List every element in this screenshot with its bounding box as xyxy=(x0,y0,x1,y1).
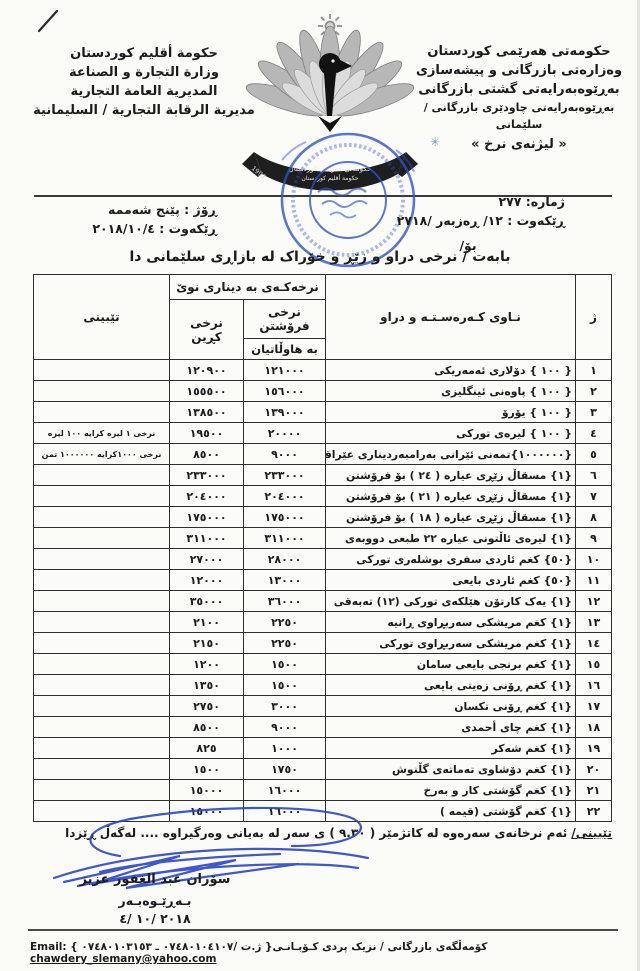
cell-buy: ٢١٥٠ xyxy=(170,633,244,654)
cell-buy: ١٥٠٠ xyxy=(170,759,244,780)
price-table-body: ١{ ١٠٠ } دۆلاری ئەمەریکی١٢١٠٠٠١٢٠٩٠٠٢{ ١… xyxy=(34,360,612,822)
meta-left: ڕۆژ : پێنج شەممە ڕێکەوت : ٢٠١٨/١٠/٤ xyxy=(55,200,217,238)
cell-no: ١٠ xyxy=(576,549,612,570)
number-line: ژمارە: ٢٧٧ xyxy=(380,192,565,211)
cell-no: ٧ xyxy=(576,486,612,507)
cell-sell: ١٣٠٠٠ xyxy=(244,570,326,591)
cell-name: {١} کغم مریشکی سەربڕاوی ڕانیە xyxy=(326,612,576,633)
table-row: ١٦{١} کغم ڕۆنی زەیتی بایعی١٥٠٠١٣٥٠ xyxy=(34,675,612,696)
cell-buy: ٢٧٥٠ xyxy=(170,696,244,717)
header-arabic: حكومة أقليم كوردستانوزارة التجارة و الصن… xyxy=(24,44,264,120)
cell-no: ١٤ xyxy=(576,633,612,654)
cell-sell: ١٢١٠٠٠ xyxy=(244,360,326,381)
cell-note xyxy=(34,738,170,759)
cell-no: ١٥ xyxy=(576,654,612,675)
cell-no: ٦ xyxy=(576,465,612,486)
cell-note xyxy=(34,486,170,507)
cell-sell: ١٦٠٠٠ xyxy=(244,780,326,801)
cell-sell: ٣١١٠٠٠ xyxy=(244,528,326,549)
cell-sell: ٢٠٤٠٠٠ xyxy=(244,486,326,507)
table-row: ٤{ ١٠٠ } لیرەی تورکی٢٠٠٠٠١٩٥٠٠نرخی ١ لیر… xyxy=(34,423,612,444)
cell-buy: ٢١٠٠ xyxy=(170,612,244,633)
signer-name: سۆران عبد الغفور عزیز xyxy=(50,872,260,887)
cell-note xyxy=(34,381,170,402)
cell-buy: ١٥٠٠٠ xyxy=(170,780,244,801)
cell-note xyxy=(34,654,170,675)
cell-buy: ١٣٨٥٠٠ xyxy=(170,402,244,423)
price-table-wrap: ژ نـاوی کـەرەسـتـە و دراو نرخەکـەی بە دی… xyxy=(33,274,612,822)
cell-buy: ١٢٠٠٠ xyxy=(170,570,244,591)
signer-date: ٢٠١٨ /١٠ /٤ xyxy=(50,911,260,926)
col-header-buy-price: نرخی کڕین xyxy=(170,300,244,360)
header-line: مديرية الرقابة التجارية / السليمانية xyxy=(24,101,264,120)
cell-sell: ١٥٠٠ xyxy=(244,654,326,675)
contact-line: کۆمەڵگەی بازرگانی / نزیک پردی کـۆبـانـی{… xyxy=(30,941,615,965)
cell-buy: ٢٠٤٠٠٠ xyxy=(170,486,244,507)
cell-sell: ٣٦٠٠٠ xyxy=(244,591,326,612)
footer-note-label: تێبینی/ xyxy=(571,826,612,840)
day-line: ڕۆژ : پێنج شەممە xyxy=(55,200,217,219)
cell-note xyxy=(34,549,170,570)
email-label: Email: xyxy=(30,941,67,953)
table-row: ١٢{١} یەک کارتۆن هێلکەی تورکی (١٢) تەبەق… xyxy=(34,591,612,612)
table-row: ٣{ ١٠٠ } یۆرۆ١٣٩٠٠٠١٣٨٥٠٠ xyxy=(34,402,612,423)
cell-note xyxy=(34,633,170,654)
cell-no: ١٩ xyxy=(576,738,612,759)
cell-sell: ٢٢٥٠ xyxy=(244,612,326,633)
cell-name: { ١٠٠ } لیرەی تورکی xyxy=(326,423,576,444)
cell-no: ٤ xyxy=(576,423,612,444)
cell-name: {١} مسقاڵ زێڕی عیارە ( ١٨ ) بۆ فرۆشتن xyxy=(326,507,576,528)
cell-no: ٢٠ xyxy=(576,759,612,780)
cell-name: {١} کغم ڕۆنی تکسان xyxy=(326,696,576,717)
footer-divider-line xyxy=(28,929,618,931)
cell-buy: ٨٥٠٠ xyxy=(170,717,244,738)
cell-sell: ١٥٠٠ xyxy=(244,675,326,696)
cell-name: {١} کغم برنجی بایعی سامان xyxy=(326,654,576,675)
cell-no: ٢ xyxy=(576,381,612,402)
cell-buy: ٢٧٠٠٠ xyxy=(170,549,244,570)
cell-name: { ١٠٠ } پاوەنی ئینگلیزی xyxy=(326,381,576,402)
cell-note xyxy=(34,507,170,528)
cell-note xyxy=(34,612,170,633)
cell-sell: ١٣٩٠٠٠ xyxy=(244,402,326,423)
col-header-sell-sub: بە هاوڵاتیان xyxy=(244,339,326,360)
cell-no: ٣ xyxy=(576,402,612,423)
cell-no: ١ xyxy=(576,360,612,381)
cell-name: {١} لیرەی ئاڵتونی عیارە ٢٢ طبعی دووبەی xyxy=(326,528,576,549)
cell-no: ٩ xyxy=(576,528,612,549)
table-row: ١{ ١٠٠ } دۆلاری ئەمەریکی١٢١٠٠٠١٢٠٩٠٠ xyxy=(34,360,612,381)
stamp-star-mark: ✳ xyxy=(430,135,440,149)
table-row: ٥{١٠٠٠٠٠٠}تمەنی ئێرانی بەرامبەردیناری عێ… xyxy=(34,444,612,465)
table-row: ٦{١} مسقاڵ زێڕی عیارە ( ٢٤ ) بۆ فرۆشتن٢٣… xyxy=(34,465,612,486)
cell-sell: ٩٠٠٠ xyxy=(244,717,326,738)
header-line: بەڕێوەبەرایەتی گشتی بازرگانی xyxy=(404,80,634,99)
cell-name: {١} کغم شەکر xyxy=(326,738,576,759)
signer-role: بـەڕێـوەبـەر xyxy=(50,893,260,908)
date-right-line: ڕێکەوت : ١٢/ ڕەزبەر /٢٧١٨ xyxy=(380,211,565,230)
cell-note: نرخی ١٠٠٠کرایە ١٠٠٠٠٠٠ تمن xyxy=(34,444,170,465)
cell-buy: ١٢٠٩٠٠ xyxy=(170,360,244,381)
cell-buy: ٣٥٠٠٠ xyxy=(170,591,244,612)
cell-note xyxy=(34,759,170,780)
email-address: chawdery_slemany@yahoo.com xyxy=(30,953,216,965)
cell-name: {٥٠} کغم ئاردی بایعی xyxy=(326,570,576,591)
table-row: ١٨{١} کغم چای أحمدی٩٠٠٠٨٥٠٠ xyxy=(34,717,612,738)
table-row: ٨{١} مسقاڵ زێڕی عیارە ( ١٨ ) بۆ فرۆشتن١٧… xyxy=(34,507,612,528)
cell-no: ٢١ xyxy=(576,780,612,801)
col-header-price-group: نرخەکـەی بە دیناری نوێ xyxy=(170,275,326,300)
header-line: حکومەتی هەرێمی کوردستان xyxy=(404,42,634,61)
table-row: ٢{ ١٠٠ } پاوەنی ئینگلیزی١٥٦٠٠٠١٥٥٥٠٠ xyxy=(34,381,612,402)
table-row: ٢١{١} کغم گۆشتی کار و بەرخ١٦٠٠٠١٥٠٠٠ xyxy=(34,780,612,801)
table-row: ١٥{١} کغم برنجی بایعی سامان١٥٠٠١٢٠٠ xyxy=(34,654,612,675)
col-header-row-number: ژ xyxy=(576,275,612,360)
cell-note xyxy=(34,402,170,423)
table-row: ١٠{٥٠} کغم ئاردی سفری بوشلەری تورکی٢٨٠٠٠… xyxy=(34,549,612,570)
cell-buy: ١٢٠٠ xyxy=(170,654,244,675)
cell-name: {١} مسقاڵ زێڕی عیارە ( ٢٤ ) بۆ فرۆشتن xyxy=(326,465,576,486)
cell-no: ١٦ xyxy=(576,675,612,696)
table-row: ١٤{١} کغم مریشکی سەربڕاوی تورکی٢٢٥٠٢١٥٠ xyxy=(34,633,612,654)
col-header-sell-price: نرخی فرۆشتن xyxy=(244,300,326,339)
cell-name: {١} کغم مریشکی سەربڕاوی تورکی xyxy=(326,633,576,654)
cell-sell: ١٥٦٠٠٠ xyxy=(244,381,326,402)
cell-note xyxy=(34,591,170,612)
contact-address-phones: کۆمەڵگەی بازرگانی / نزیک پردی کـۆبـانـی{… xyxy=(70,941,487,953)
cell-note xyxy=(34,696,170,717)
cell-name: {١} کغم چای أحمدی xyxy=(326,717,576,738)
cell-name: {١} کغم ڕۆنی زەیتی بایعی xyxy=(326,675,576,696)
document-sheet: حكومة أقليم كوردستانوزارة التجارة و الصن… xyxy=(0,0,640,971)
cell-buy: ١٩٥٠٠ xyxy=(170,423,244,444)
cell-note xyxy=(34,528,170,549)
cell-buy: ١٧٥٠٠٠ xyxy=(170,507,244,528)
price-table: ژ نـاوی کـەرەسـتـە و دراو نرخەکـەی بە دی… xyxy=(33,274,612,822)
cell-sell: ٣٠٠٠ xyxy=(244,696,326,717)
meta-right: ژمارە: ٢٧٧ ڕێکەوت : ١٢/ ڕەزبەر /٢٧١٨ xyxy=(380,192,565,230)
cell-name: {١} کغم دۆشاوی تەماتەی گڵنوش xyxy=(326,759,576,780)
header-line: المديرية العامة التجارية xyxy=(24,82,264,101)
cell-sell: ٢٣٣٠٠٠ xyxy=(244,465,326,486)
cell-buy: ٨٢٥ xyxy=(170,738,244,759)
header-line: وەزارەتی بازرگانی و پیشەسازی xyxy=(404,61,634,80)
cell-name: {٥٠} کغم ئاردی سفری بوشلەری تورکی xyxy=(326,549,576,570)
cell-no: ٥ xyxy=(576,444,612,465)
cell-note xyxy=(34,465,170,486)
table-row: ١٩{١} کغم شەکر١٠٠٠٨٢٥ xyxy=(34,738,612,759)
cell-name: {١٠٠٠٠٠٠}تمەنی ئێرانی بەرامبەردیناری عێر… xyxy=(326,444,576,465)
col-header-item-name: نـاوی کـەرەسـتـە و دراو xyxy=(326,275,576,360)
cell-sell: ١٧٥٠ xyxy=(244,759,326,780)
table-row: ٩{١} لیرەی ئاڵتونی عیارە ٢٢ طبعی دووبەی٣… xyxy=(34,528,612,549)
cell-name: { ١٠٠ } یۆرۆ xyxy=(326,402,576,423)
cell-name: {١} مسقاڵ زێڕی عیارە ( ٢١ ) بۆ فرۆشتن xyxy=(326,486,576,507)
header-line: حكومة أقليم كوردستان xyxy=(24,44,264,63)
cell-sell: ٢٨٠٠٠ xyxy=(244,549,326,570)
cell-no: ٨ xyxy=(576,507,612,528)
cell-no: ١٨ xyxy=(576,717,612,738)
cell-buy: ١٥٥٥٠٠ xyxy=(170,381,244,402)
cell-buy: ١٣٥٠ xyxy=(170,675,244,696)
cell-note xyxy=(34,780,170,801)
cell-sell: ٢٢٥٠ xyxy=(244,633,326,654)
table-row: ١٣{١} کغم مریشکی سەربڕاوی ڕانیە٢٢٥٠٢١٠٠ xyxy=(34,612,612,633)
cell-note xyxy=(34,360,170,381)
cell-sell: ١٠٠٠ xyxy=(244,738,326,759)
page-title: بابەت / نرخی دراو و زێڕ و خۆراک لە بازاڕ… xyxy=(0,249,640,265)
header-line: وزارة التجارة و الصناعة xyxy=(24,63,264,82)
table-row: ٢٠{١} کغم دۆشاوی تەماتەی گڵنوش١٧٥٠١٥٠٠ xyxy=(34,759,612,780)
cell-note xyxy=(34,570,170,591)
cell-name: { ١٠٠ } دۆلاری ئەمەریکی xyxy=(326,360,576,381)
cell-note xyxy=(34,717,170,738)
cell-name: {١} کغم گۆشتی کار و بەرخ xyxy=(326,780,576,801)
cell-sell: ١٧٥٠٠٠ xyxy=(244,507,326,528)
cell-buy: ٢٣٣٠٠٠ xyxy=(170,465,244,486)
cell-buy: ٣١١٠٠٠ xyxy=(170,528,244,549)
col-header-notes: تێبینی xyxy=(34,275,170,360)
cell-no: ١١ xyxy=(576,570,612,591)
cell-no: ١٧ xyxy=(576,696,612,717)
cell-note xyxy=(34,675,170,696)
date-left-line: ڕێکەوت : ٢٠١٨/١٠/٤ xyxy=(55,219,217,238)
cell-sell: ٢٠٠٠٠ xyxy=(244,423,326,444)
cell-note: نرخی ١ لیرە کرایە ١٠٠ لیرە xyxy=(34,423,170,444)
table-row: ١١{٥٠} کغم ئاردی بایعی١٣٠٠٠١٢٠٠٠ xyxy=(34,570,612,591)
cell-buy: ٨٥٠٠ xyxy=(170,444,244,465)
cell-no: ١٣ xyxy=(576,612,612,633)
handwritten-checkmark xyxy=(36,8,62,34)
table-row: ١٧{١} کغم ڕۆنی تکسان٣٠٠٠٢٧٥٠ xyxy=(34,696,612,717)
table-row: ٧{١} مسقاڵ زێڕی عیارە ( ٢١ ) بۆ فرۆشتن٢٠… xyxy=(34,486,612,507)
cell-no: ٢٢ xyxy=(576,801,612,822)
cell-sell: ٩٠٠٠ xyxy=(244,444,326,465)
cell-no: ١٢ xyxy=(576,591,612,612)
cell-name: {١} یەک کارتۆن هێلکەی تورکی (١٢) تەبەقی xyxy=(326,591,576,612)
